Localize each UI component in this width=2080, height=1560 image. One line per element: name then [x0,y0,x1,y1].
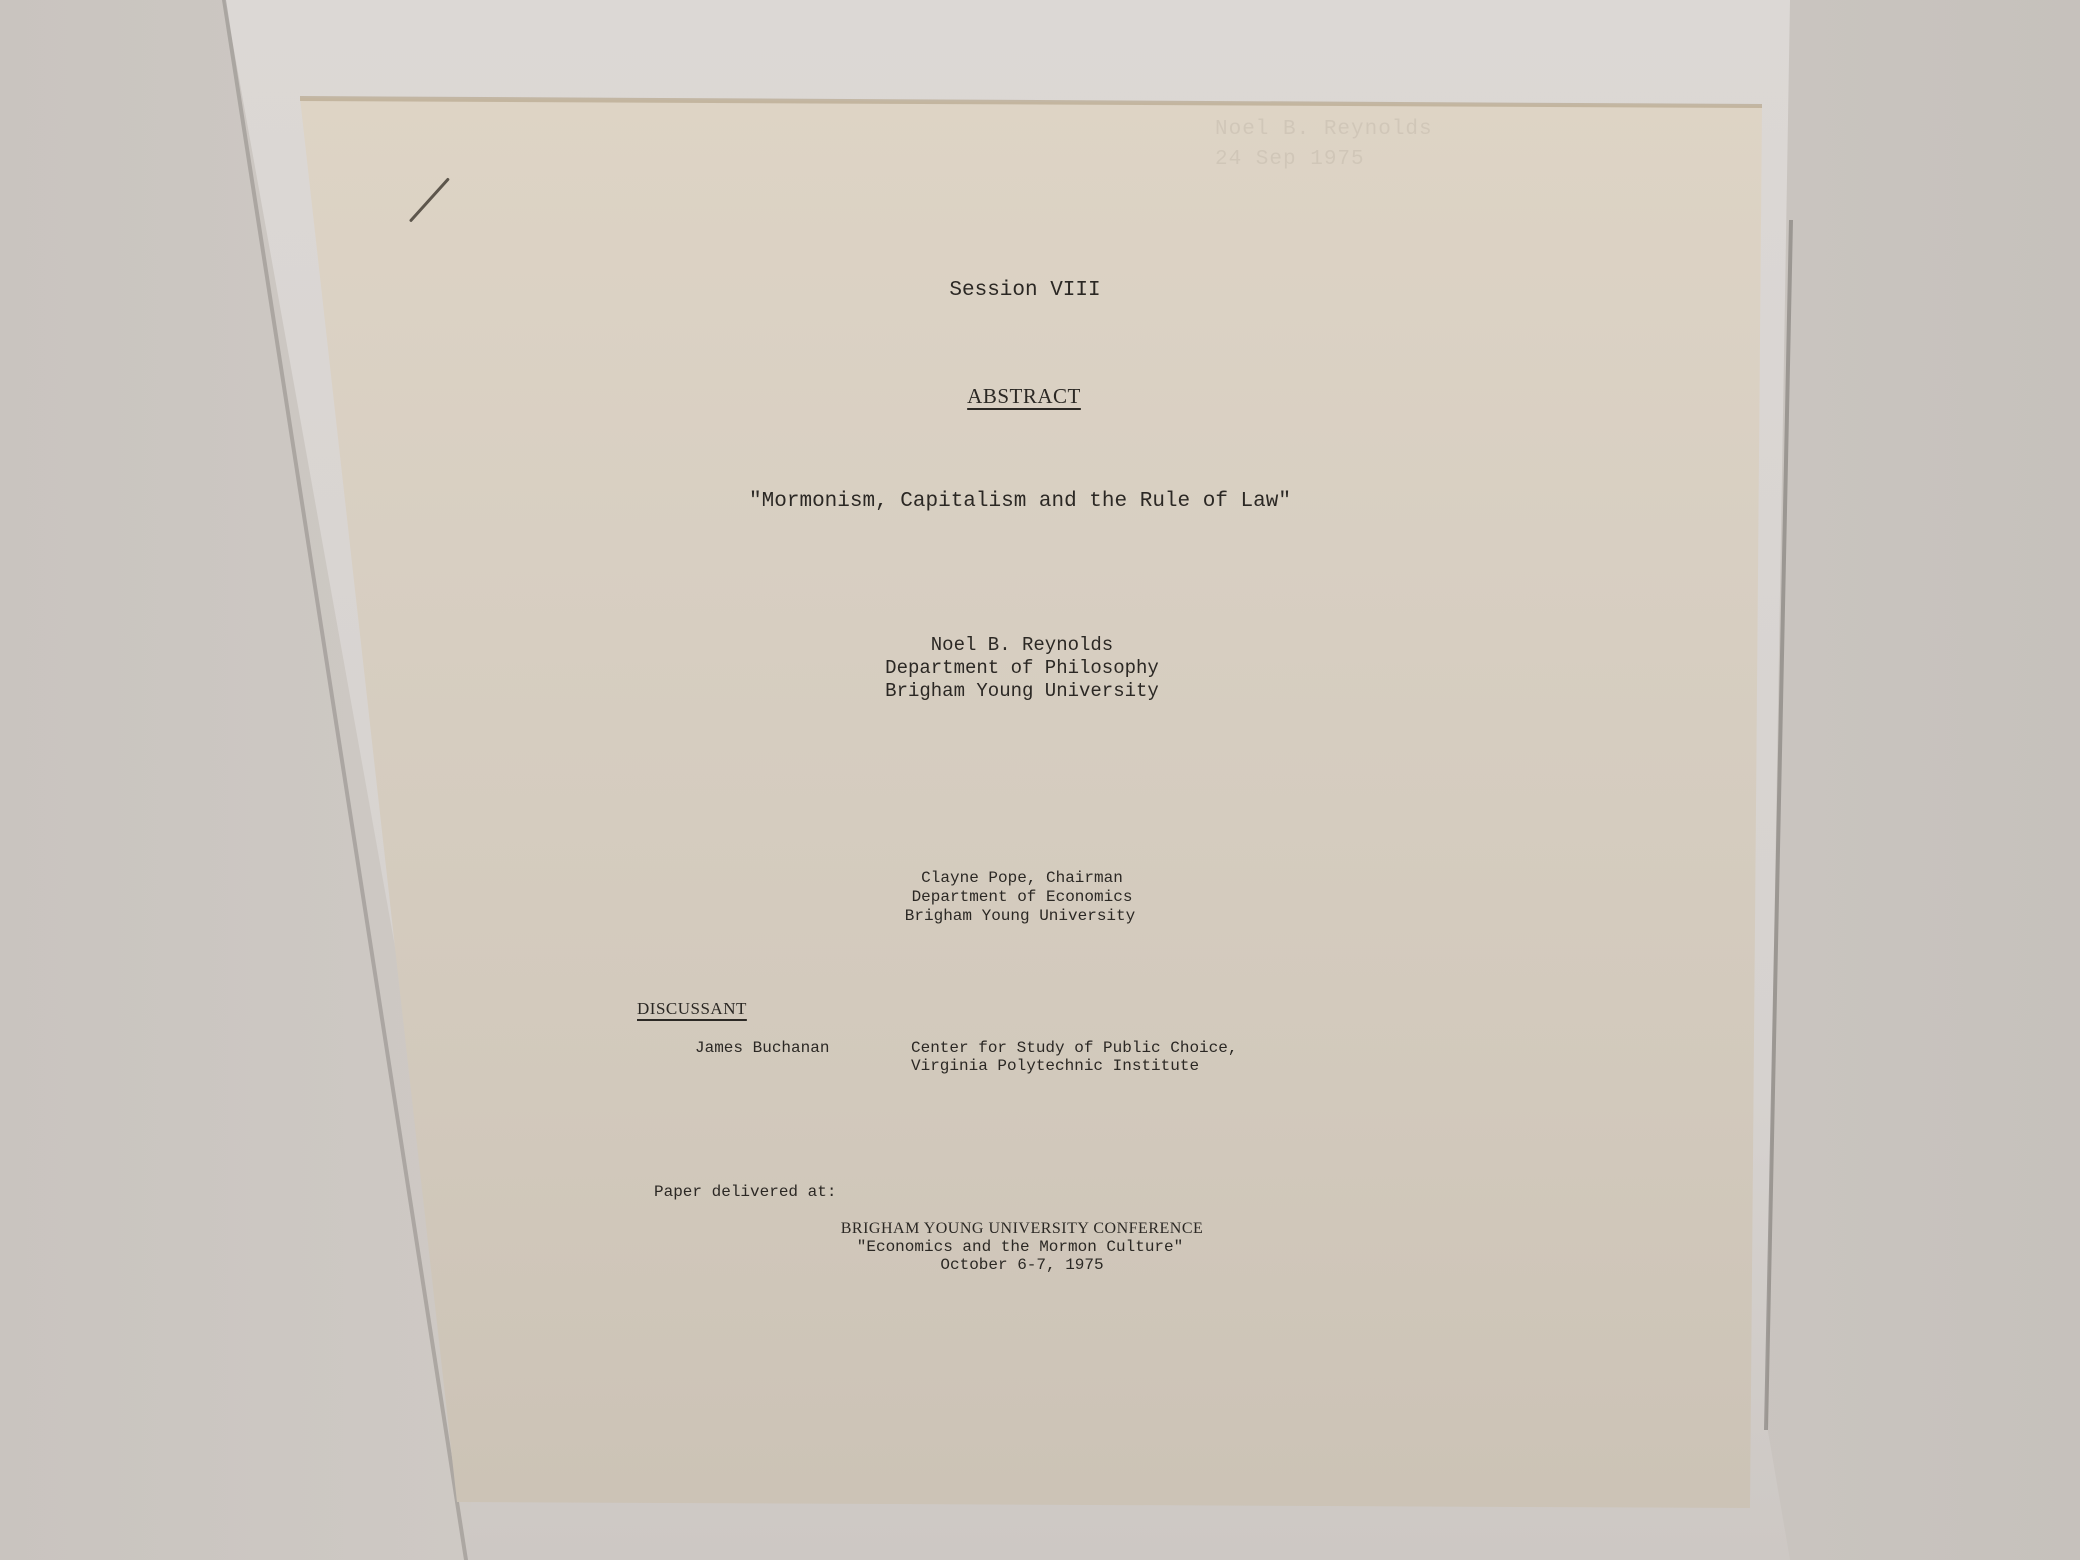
author-department: Department of Philosophy [885,659,1159,678]
bleed-through-header-1: Noel B. Reynolds [1215,118,1433,141]
discussant-name: James Buchanan [695,1040,829,1056]
chairman-department: Department of Economics [912,889,1133,905]
paper-title: "Mormonism, Capitalism and the Rule of L… [749,491,1291,512]
conference-dates: October 6-7, 1975 [940,1257,1103,1273]
conference-theme: "Economics and the Mormon Culture" [857,1239,1183,1255]
discussant-affiliation-2: Virginia Polytechnic Institute [911,1058,1199,1074]
author-name: Noel B. Reynolds [931,636,1113,655]
chairman-institution: Brigham Young University [905,908,1135,924]
chairman-name: Clayne Pope, Chairman [921,870,1123,886]
conference-name: BRIGHAM YOUNG UNIVERSITY CONFERENCE [841,1221,1204,1237]
author-institution: Brigham Young University [885,682,1159,701]
session-label: Session VIII [949,280,1100,301]
bleed-through-header-2: 24 Sep 1975 [1215,148,1365,171]
discussant-affiliation-1: Center for Study of Public Choice, [911,1040,1237,1056]
abstract-heading: ABSTRACT [967,386,1081,407]
delivered-label: Paper delivered at: [654,1184,836,1200]
discussant-label: DISCUSSANT [637,1000,747,1017]
